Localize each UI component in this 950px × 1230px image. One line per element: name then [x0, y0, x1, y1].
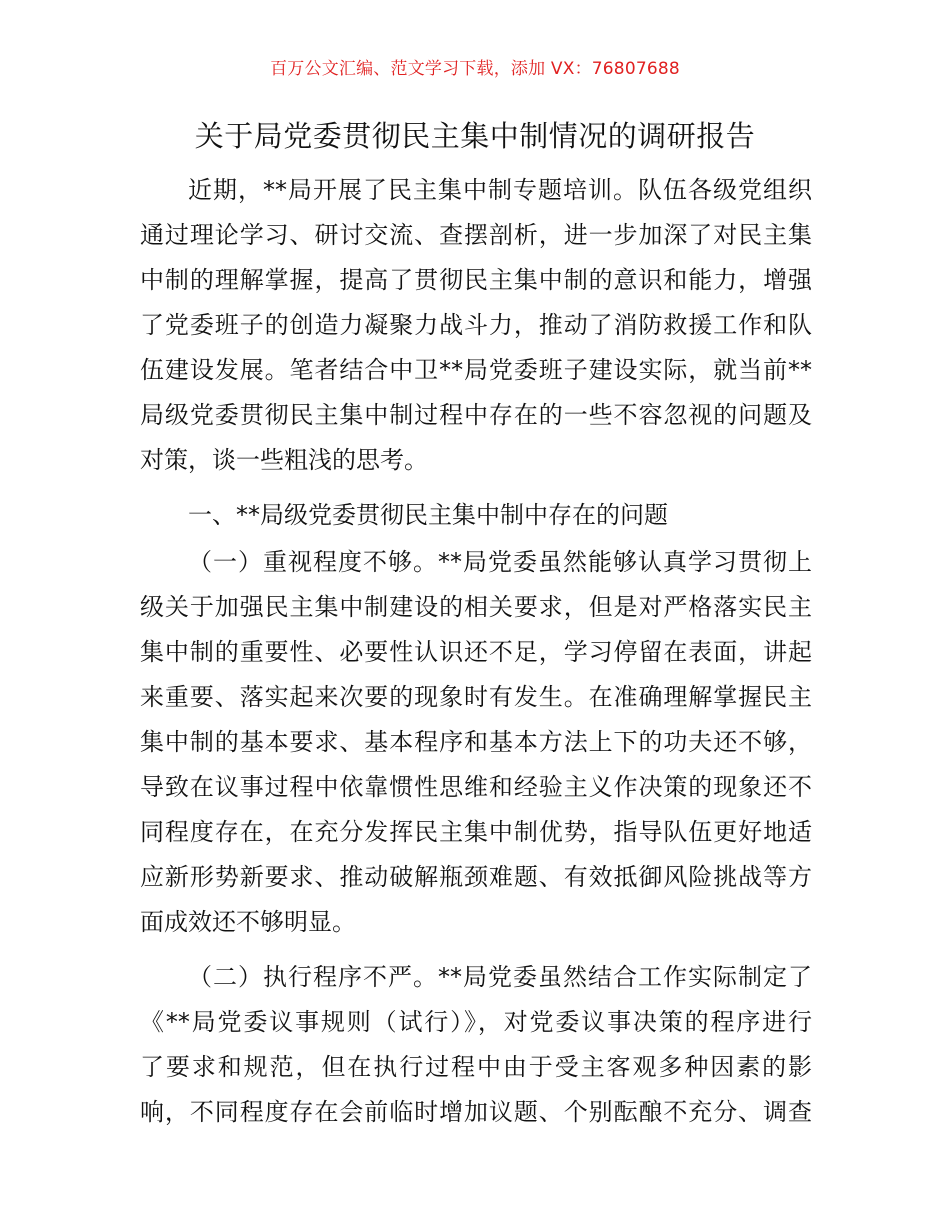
text-line: 了要求和规范，但在执行过程中由于受主客观多种因素的影 — [140, 1045, 812, 1090]
document-page: 百万公文汇编、范文学习下载，添加 VX：76807688 关于局党委贯彻民主集中… — [0, 0, 950, 1230]
text-line: （二）执行程序不严。**局党委虽然结合工作实际制定了 — [140, 955, 812, 1000]
text-line: 《**局党委议事规则（试行）》，对党委议事决策的程序进行 — [140, 1000, 812, 1045]
intro-paragraph: 近期，**局开展了民主集中制专题培训。队伍各级党组织 通过理论学习、研讨交流、查… — [140, 168, 812, 483]
text-line: 响，不同程度存在会前临时增加议题、个别酝酿不充分、调查 — [140, 1090, 812, 1135]
text-line: 面成效还不够明显。 — [140, 900, 812, 945]
document-body: 近期，**局开展了民主集中制专题培训。队伍各级党组织 通过理论学习、研讨交流、查… — [140, 168, 812, 1135]
text-line: 级关于加强民主集中制建设的相关要求，但是对严格落实民主 — [140, 585, 812, 630]
text-line: 对策，谈一些粗浅的思考。 — [140, 438, 812, 483]
subsection-2-paragraph: （二）执行程序不严。**局党委虽然结合工作实际制定了 《**局党委议事规则（试行… — [140, 955, 812, 1135]
section-heading-text: 一、**局级党委贯彻民主集中制中存在的问题 — [140, 493, 812, 538]
text-line: 来重要、落实起来次要的现象时有发生。在准确理解掌握民主 — [140, 675, 812, 720]
text-line: （一）重视程度不够。**局党委虽然能够认真学习贯彻上 — [140, 540, 812, 585]
text-line: 近期，**局开展了民主集中制专题培训。队伍各级党组织 — [140, 168, 812, 213]
text-line: 通过理论学习、研讨交流、查摆剖析，进一步加深了对民主集 — [140, 213, 812, 258]
text-line: 局级党委贯彻民主集中制过程中存在的一些不容忽视的问题及 — [140, 393, 812, 438]
text-line: 伍建设发展。笔者结合中卫**局党委班子建设实际，就当前** — [140, 348, 812, 393]
text-line: 应新形势新要求、推动破解瓶颈难题、有效抵御风险挑战等方 — [140, 855, 812, 900]
text-line: 集中制的重要性、必要性认识还不足，学习停留在表面，讲起 — [140, 630, 812, 675]
text-line: 同程度存在，在充分发挥民主集中制优势，指导队伍更好地适 — [140, 810, 812, 855]
promo-banner: 百万公文汇编、范文学习下载，添加 VX：76807688 — [0, 57, 950, 81]
section-heading: 一、**局级党委贯彻民主集中制中存在的问题 — [140, 493, 812, 538]
document-title: 关于局党委贯彻民主集中制情况的调研报告 — [0, 114, 950, 158]
text-line: 了党委班子的创造力凝聚力战斗力，推动了消防救援工作和队 — [140, 303, 812, 348]
text-line: 集中制的基本要求、基本程序和基本方法上下的功夫还不够， — [140, 720, 812, 765]
paragraph-gap — [140, 483, 812, 493]
text-line: 中制的理解掌握，提高了贯彻民主集中制的意识和能力，增强 — [140, 258, 812, 303]
subsection-1-paragraph: （一）重视程度不够。**局党委虽然能够认真学习贯彻上 级关于加强民主集中制建设的… — [140, 540, 812, 945]
paragraph-gap — [140, 945, 812, 955]
text-line: 导致在议事过程中依靠惯性思维和经验主义作决策的现象还不 — [140, 765, 812, 810]
